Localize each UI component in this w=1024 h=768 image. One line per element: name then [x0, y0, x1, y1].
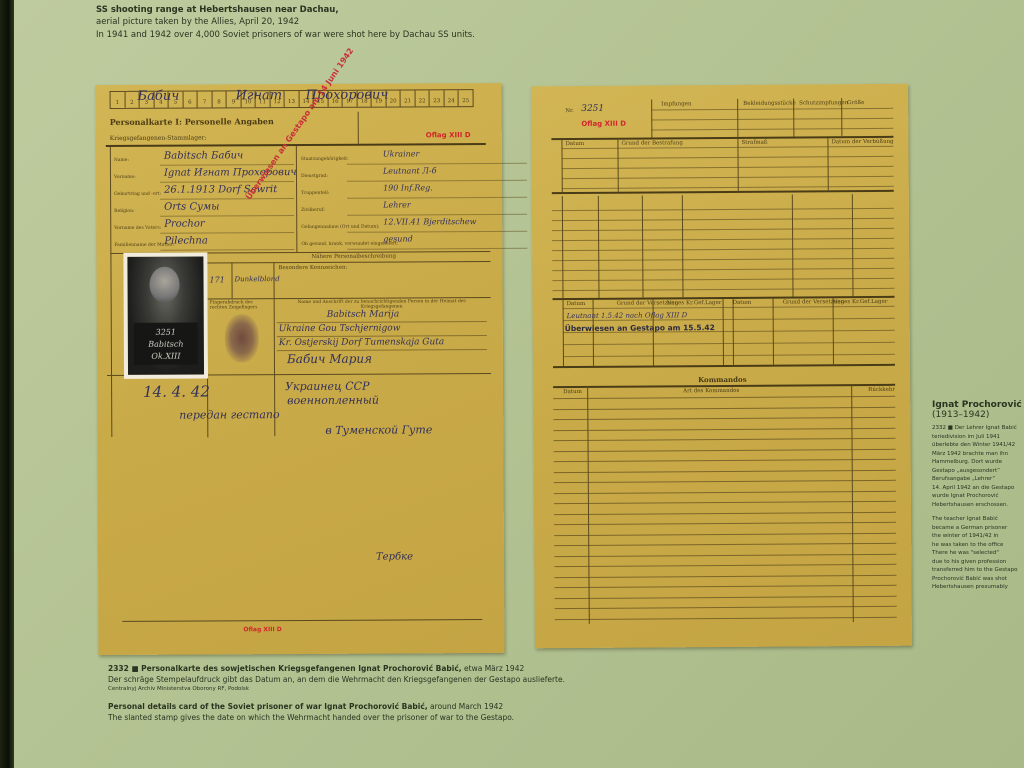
side-line: due to his given profession — [932, 558, 1024, 567]
table-row — [554, 564, 896, 567]
field-label: Zivilberuf: — [301, 208, 325, 213]
special-marks-label: Besondere Kennzeichen: — [278, 265, 347, 271]
kin-signature: Бабич Мария — [287, 352, 372, 366]
field-label: Geburtstag und -ort: — [114, 192, 161, 197]
table-row — [553, 417, 895, 420]
side-line: Prochorović Babić was shot — [932, 575, 1024, 584]
next-of-kin-label: Name und Anschrift der zu benachrichtige… — [297, 299, 467, 310]
caption-en-text: The slanted stamp gives the date on whic… — [108, 713, 565, 724]
kommandos-title: Kommandos — [698, 375, 747, 384]
grid-row — [552, 248, 894, 251]
prisoner-no: 3251 — [581, 104, 604, 114]
kin-line: Ukraine Gou Tschjernigow — [279, 323, 401, 334]
table-row — [555, 616, 897, 619]
row-rule — [562, 156, 894, 159]
annotation-line: Украинец ССР — [285, 380, 369, 393]
grid-row — [552, 288, 894, 291]
table-row — [554, 532, 896, 535]
col-header: Art des Kommandos — [683, 388, 739, 394]
col-header: Datum — [563, 389, 582, 395]
table-row — [555, 585, 897, 588]
row-rule — [563, 354, 895, 357]
table-row — [555, 606, 897, 609]
annotation-line: военнопленный — [287, 394, 379, 407]
table-row — [553, 406, 895, 409]
annotation-line: передан гестапо — [179, 408, 279, 422]
table-row — [554, 511, 896, 514]
strip-cell: 1 — [111, 92, 126, 108]
fingerprint — [225, 314, 259, 362]
row-rule — [562, 176, 894, 179]
row-rule — [561, 146, 893, 149]
table-row — [553, 427, 895, 430]
field-label: Dienstgrad: — [301, 174, 328, 179]
transfer-row: Leutnant 1.5.42 nach Oflag XIII D — [567, 311, 688, 320]
strip-firstname: Игнат — [236, 88, 283, 103]
row-rule — [651, 118, 893, 121]
col-header: Bekleidungsstücke — [743, 100, 796, 106]
table-row — [554, 501, 896, 504]
strip-cell: 25 — [459, 90, 473, 106]
side-line: became a German prisoner — [932, 524, 1024, 533]
table-row — [554, 448, 896, 451]
bottom-signature: Тербке — [376, 551, 413, 562]
field-label: Vorname des Vaters: — [114, 226, 161, 231]
caption-de-text: Der schräge Stempelaufdruck gibt das Dat… — [108, 675, 565, 686]
personal-card-front: 1234567891011121314151617181920212223242… — [96, 83, 505, 655]
field-label: Name: — [114, 158, 129, 163]
side-line: Hebertshausen erschossen. — [932, 501, 1024, 510]
kin-rule — [277, 349, 487, 351]
side-line: the winter of 1941/42 in — [932, 532, 1024, 541]
grid-row — [552, 278, 894, 281]
field-value: Ignat Игнат Прохорович — [164, 167, 297, 179]
prisoner-photo: 3251 Babitsch Ok.XIII — [123, 252, 208, 378]
col-header: Datum — [565, 141, 584, 147]
transfer-row-stamp: Überwiesen an Gestapo am 15.5.42 — [565, 323, 715, 333]
strip-cell: 6 — [183, 92, 198, 108]
col-header: Datum — [567, 301, 586, 307]
field-rule — [160, 249, 294, 251]
table-row — [554, 438, 896, 441]
grid-col — [792, 194, 794, 296]
header-subtitle: aerial picture taken by the Allies, Apri… — [96, 16, 475, 28]
field-value: Lehrer — [383, 200, 411, 209]
strip-cell: 8 — [212, 91, 227, 107]
field-value: Orts Сумы — [164, 201, 219, 212]
field-rule — [347, 163, 527, 165]
field-value: Pilechna — [164, 235, 208, 246]
field-label: Religion: — [114, 209, 134, 214]
field-label: Gefangennahme (Ort und Datum): — [301, 225, 379, 230]
caption: 2332 ■ Personalkarte des sowjetischen Kr… — [108, 664, 565, 723]
grid-row — [552, 208, 894, 211]
field-rule — [347, 231, 527, 233]
row-rule — [651, 108, 893, 111]
side-panel: Ignat Prochorović Babić (1913–1942) 2332… — [932, 400, 1024, 598]
grid-row — [552, 268, 894, 271]
field-value: Babitsch Бабич — [164, 150, 243, 161]
fingerprint-label: Fingerabdruck des rechten Zeigefingers — [210, 300, 270, 310]
side-line: Gestapo „ausgesondert“ — [932, 467, 1024, 476]
col-rule — [851, 384, 854, 622]
exhibit-header: SS shooting range at Hebertshausen near … — [96, 4, 475, 41]
side-years: (1913–1942) — [932, 410, 1024, 420]
field-rule — [160, 181, 294, 183]
col-header: Impfungen — [661, 101, 691, 107]
table-row — [554, 480, 896, 483]
side-name: Ignat Prochorović Babić — [932, 400, 1024, 410]
caption-de-title: 2332 ■ Personalkarte des sowjetischen Kr… — [108, 664, 462, 673]
field-rule — [160, 198, 294, 200]
side-line: März 1942 brachte man ihn — [932, 450, 1024, 459]
right-stalag-stamp: Oflag XIII D — [581, 120, 626, 128]
side-line: überlebte den Winter 1941/42 — [932, 441, 1024, 450]
table-row — [554, 574, 896, 577]
col-header: Strafmaß — [741, 140, 767, 146]
table-row — [554, 490, 896, 493]
grid-row — [552, 258, 894, 261]
field-value: gesund — [383, 234, 412, 243]
caption-en-title: Personal details card of the Soviet pris… — [108, 702, 428, 711]
col-header: Größe — [847, 100, 864, 106]
header-note: In 1941 and 1942 over 4,000 Soviet priso… — [96, 29, 475, 41]
col-rule — [587, 386, 590, 624]
strip-surname: Бабич — [138, 89, 180, 104]
strip-cell: 13 — [285, 91, 300, 107]
row-rule — [563, 342, 895, 345]
field-rule — [347, 248, 527, 250]
prisoner-face — [149, 267, 179, 303]
field-label: Staatsangehörigkeit: — [301, 157, 349, 162]
side-line: wurde Ignat Prochorović — [932, 492, 1024, 501]
annotation-date: 14. 4. 42 — [143, 382, 210, 400]
side-text-en: The teacher Ignat Babićbecame a German p… — [932, 515, 1024, 592]
footer-stamp: Oflag XIII D — [243, 626, 281, 633]
height-value: 171 — [210, 275, 225, 284]
table-row — [553, 396, 895, 399]
col-header: Neues Kr.Gef.Lager — [833, 299, 888, 305]
side-line: transferred him to the Gestapo — [932, 566, 1024, 575]
row-rule — [562, 186, 894, 189]
id-plate: 3251 Babitsch Ok.XIII — [134, 323, 198, 365]
display-frame-edge — [0, 0, 14, 768]
grid-row — [552, 218, 894, 221]
field-label: Vorname: — [114, 175, 136, 180]
field-value: 190 Inf.Reg. — [383, 183, 433, 192]
strip-cell: 24 — [444, 90, 459, 106]
grid-col — [682, 195, 684, 297]
row-rule — [563, 306, 895, 309]
personal-card-back: Nr. 3251 Oflag XIII D ImpfungenBekleidun… — [531, 84, 912, 649]
col-header: Datum — [733, 300, 752, 306]
form-title: Personalkarte I: Personelle Angaben — [110, 116, 274, 127]
side-line: 14. April 1942 an die Gestapo — [932, 484, 1024, 493]
field-rule — [160, 215, 294, 217]
camp-label: Kriegsgefangenen-Stammlager: — [110, 134, 207, 142]
side-line: Hebertshausen presumably — [932, 583, 1024, 592]
field-value: Leutnant Л-б — [383, 166, 437, 175]
grid-row — [552, 228, 894, 231]
table-row — [554, 543, 896, 546]
stalag-stamp: Oflag XIII D — [426, 131, 471, 139]
field-rule — [347, 180, 527, 182]
table-row — [555, 595, 897, 598]
strip-cell: 21 — [401, 90, 416, 106]
field-rule — [347, 214, 527, 216]
table-row — [554, 522, 896, 525]
caption-de-date: etwa März 1942 — [462, 664, 525, 673]
table-row — [554, 553, 896, 556]
side-line: he was taken to the office — [932, 541, 1024, 550]
grid-row — [552, 238, 894, 241]
field-rule — [160, 232, 294, 234]
kin-line: Babitsch Marija — [327, 309, 400, 319]
row-rule — [651, 128, 893, 131]
side-line: Berufsangabe „Lehrer“ — [932, 475, 1024, 484]
hair-value: Dunkelblond — [235, 275, 280, 283]
field-value: Ukrainer — [383, 149, 419, 158]
col-header: Neues Kr.Gef.Lager — [667, 300, 722, 306]
grid-col — [642, 196, 644, 298]
field-rule — [347, 197, 527, 199]
caption-en-date: around March 1942 — [428, 702, 503, 711]
header-title: SS shooting range at Hebertshausen near … — [96, 4, 475, 16]
row-rule — [562, 166, 894, 169]
field-label: Truppenteil: — [301, 191, 329, 196]
annotation-line: в Туменской Гуте — [325, 423, 432, 437]
caption-source: Centralnyj Archiv Ministerstva Oborony R… — [108, 685, 565, 694]
side-line: 2332 ■ Der Lehrer Ignat Babić — [932, 424, 1024, 433]
description-header: Nähere Personalbeschreibung — [311, 253, 396, 259]
kin-line: Kr. Ostjerskij Dorf Tumenskaja Guta — [279, 337, 444, 348]
col-header: Datum der Verbüßung — [831, 139, 893, 145]
strip-cell: 23 — [430, 90, 445, 106]
col-header: Rückkehr — [868, 387, 895, 393]
grid-col — [598, 196, 600, 298]
side-line: The teacher Ignat Babić — [932, 515, 1024, 524]
grid-col — [852, 194, 854, 296]
col-header: Grund der Bestrafung — [621, 140, 682, 146]
field-value: 12.VII.41 Bjerditschew — [383, 217, 476, 226]
strip-cell: 22 — [415, 90, 430, 106]
side-line: Hammelburg. Dort wurde — [932, 458, 1024, 467]
side-line: teriedivision im Juli 1941 — [932, 433, 1024, 442]
field-value: Prochor — [164, 218, 204, 229]
side-text-de: 2332 ■ Der Lehrer Ignat Babićteriedivisi… — [932, 424, 1024, 509]
side-line: There he was "selected" — [932, 549, 1024, 558]
table-row — [554, 459, 896, 462]
grid-col — [562, 196, 564, 298]
prisoner-no-label: Nr. — [565, 108, 574, 114]
table-row — [554, 469, 896, 472]
strip-cell: 7 — [198, 91, 213, 107]
